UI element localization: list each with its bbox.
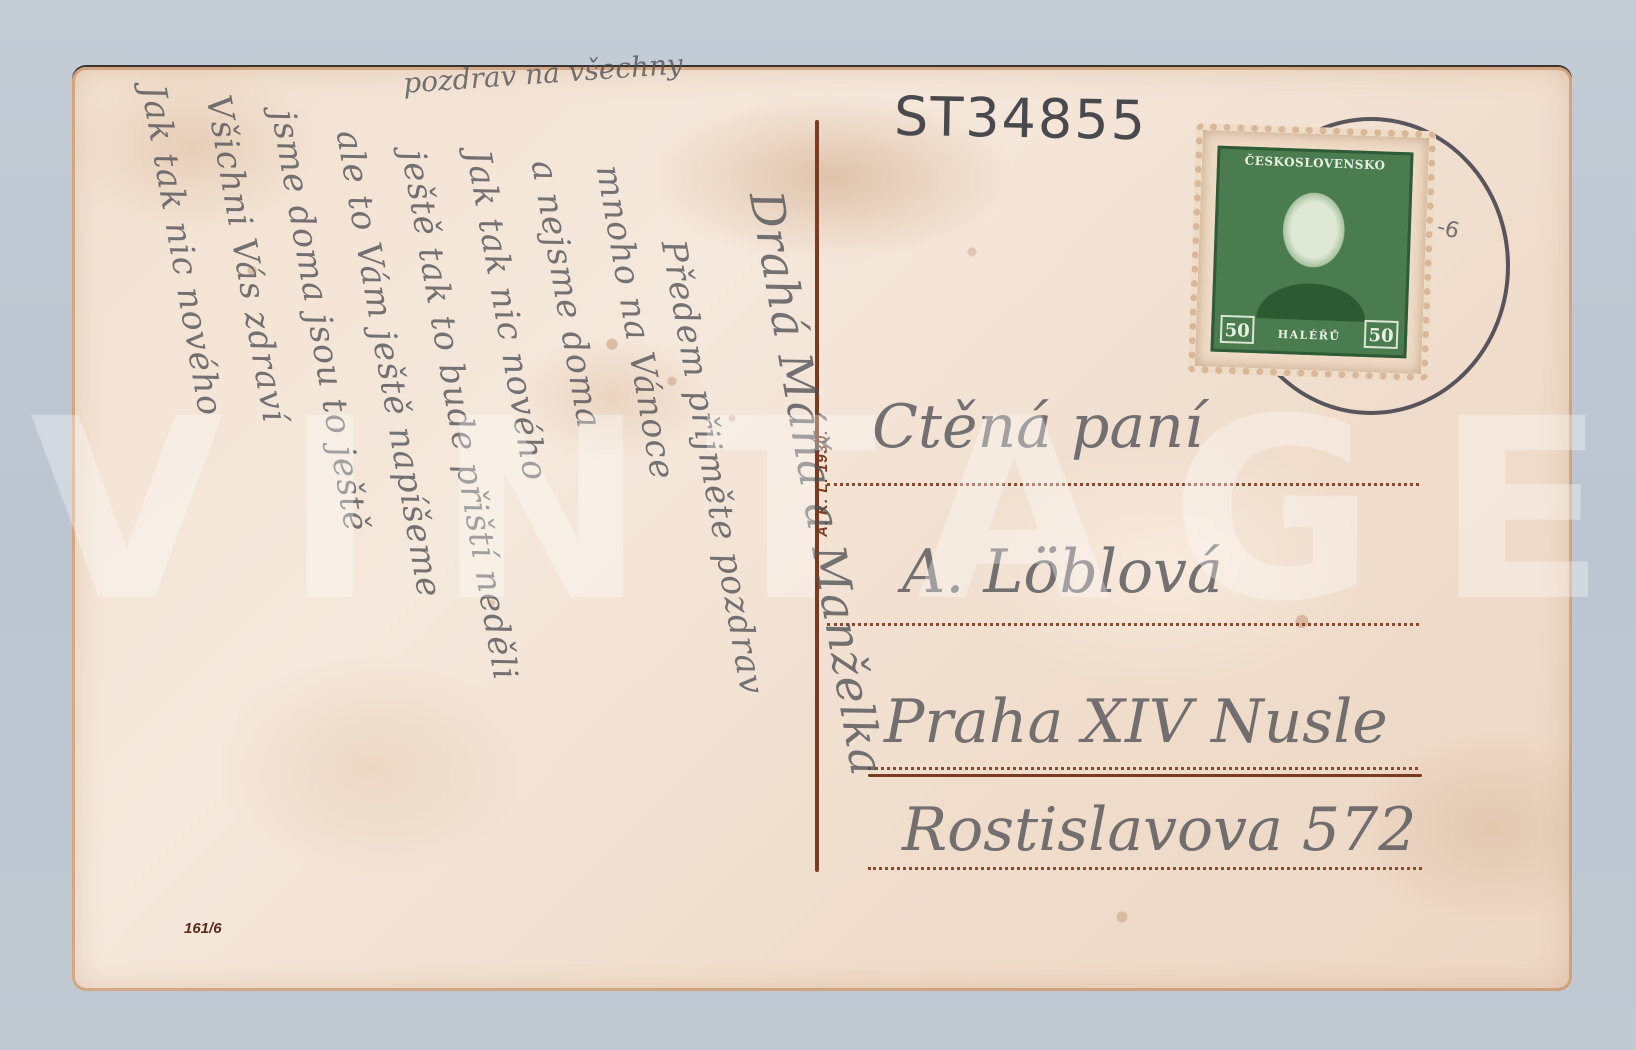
portrait-icon (1255, 178, 1372, 322)
address-street: Rostislavova 572 (902, 795, 1416, 865)
postage-stamp: ČESKOSLOVENSKO 50 HALÉŘŮ 50 (1188, 123, 1437, 381)
message-top-margin: pozdrav na všechny (402, 47, 684, 99)
address-underline (868, 774, 1422, 777)
serial-number: 161/6 (184, 920, 222, 937)
address-line-1 (827, 483, 1419, 486)
address-line-4 (868, 867, 1422, 870)
postcard-back: A. K. L. 1930. 161/6 ST34855 -6 ČESKOSLO… (72, 67, 1572, 991)
address-city: Praha XIV Nusle (884, 687, 1388, 757)
address-line-3 (868, 767, 1418, 770)
address-salutation: Ctěná paní (872, 392, 1203, 462)
address-line-2 (827, 623, 1419, 626)
address-name: A. Löblová (902, 537, 1223, 607)
stamp-face: ČESKOSLOVENSKO 50 HALÉŘŮ 50 (1210, 146, 1413, 359)
reference-code: ST34855 (893, 85, 1147, 152)
stamp-country: ČESKOSLOVENSKO (1220, 153, 1410, 174)
stamp-value-right: 50 (1364, 320, 1399, 349)
